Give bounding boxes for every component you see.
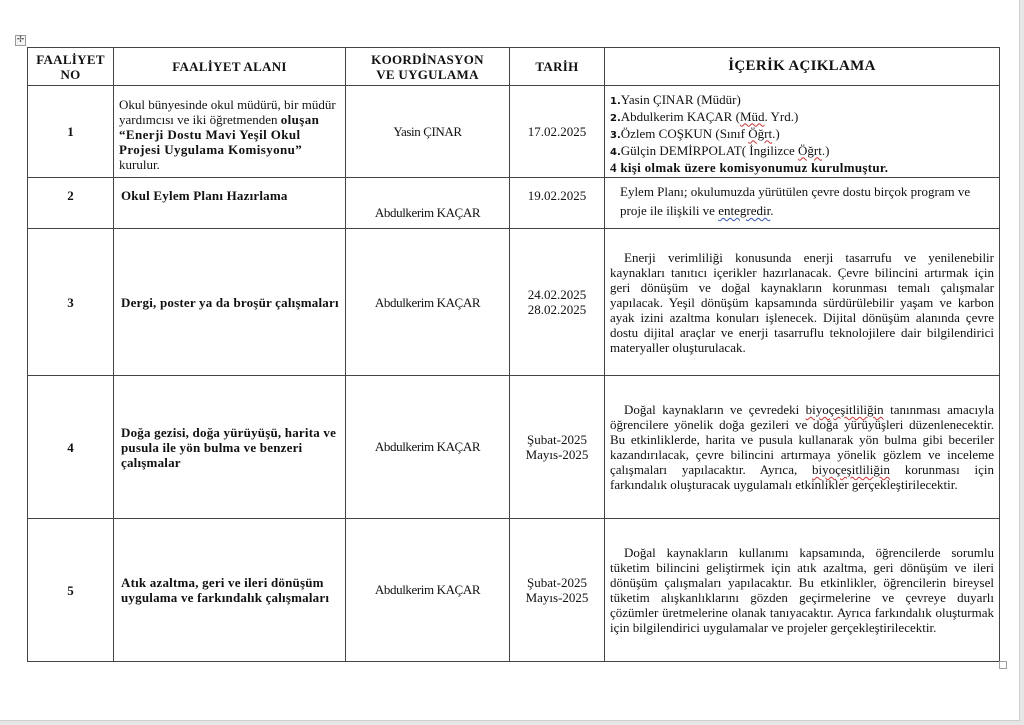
activity-date: Şubat-2025 Mayıs-2025: [510, 519, 605, 662]
list-text: Gülçin DEMİRPOLAT( İngilizce: [621, 143, 798, 158]
activity-area: Doğa gezisi, doğa yürüyüşü, harita ve pu…: [114, 376, 346, 519]
table-row: 3 Dergi, poster ya da broşür çalışmaları…: [28, 229, 1000, 376]
list-text: .): [822, 143, 830, 158]
list-number: 2.: [610, 113, 621, 124]
spellcheck-flagged-word[interactable]: Öğrt: [798, 143, 822, 158]
activity-area: Dergi, poster ya da broşür çalışmaları: [114, 229, 346, 376]
list-text: .): [772, 126, 780, 141]
header-date: TARİH: [510, 48, 605, 86]
spellcheck-flagged-word[interactable]: biyoçeşitliliğin: [812, 462, 890, 477]
content-text: Eylem Planı; okulumuzda yürütülen çevre …: [620, 184, 970, 218]
content-description: Doğal kaynakların ve çevredeki biyoçeşit…: [605, 376, 1000, 519]
coordinator: Yasin ÇINAR: [346, 86, 510, 178]
header-activity-no: FAALİYET NO: [28, 48, 114, 86]
activity-area-tail: kurulur.: [119, 157, 160, 172]
table-row: 2 Okul Eylem Planı Hazırlama Abdulkerim …: [28, 178, 1000, 229]
content-text: .: [770, 203, 773, 218]
coordinator: Abdulkerim KAÇAR: [346, 376, 510, 519]
header-no-line1: FAALİYET: [36, 52, 105, 67]
date-end: Mayıs-2025: [526, 447, 589, 462]
list-number: 3.: [610, 130, 621, 141]
spellcheck-flagged-word[interactable]: Müd: [740, 109, 765, 124]
content-description: Doğal kaynakların kullanımı kapsamında, …: [605, 519, 1000, 662]
table-row: 5 Atık azaltma, geri ve ileri dönüşüm uy…: [28, 519, 1000, 662]
table-row: 1 Okul bünyesinde okul müdürü, bir müdür…: [28, 86, 1000, 178]
committee-member: 2.Abdulkerim KAÇAR (Müd. Yrd.): [610, 109, 994, 126]
spellcheck-flagged-word[interactable]: biyoçeşitliliğin: [806, 402, 884, 417]
list-text: Abdulkerim KAÇAR (: [621, 109, 740, 124]
activity-date: 24.02.2025 28.02.2025: [510, 229, 605, 376]
date-start: Şubat-2025: [527, 432, 587, 447]
header-content: İÇERİK AÇIKLAMA: [605, 48, 1000, 86]
coordinator: Abdulkerim KAÇAR: [346, 519, 510, 662]
committee-member: 4.Gülçin DEMİRPOLAT( İngilizce Öğrt.): [610, 143, 994, 160]
date-end: Mayıs-2025: [526, 590, 589, 605]
activity-area: Okul bünyesinde okul müdürü, bir müdür y…: [114, 86, 346, 178]
activity-no: 2: [28, 178, 114, 229]
table-header-row: FAALİYET NO FAALİYET ALANI KOORDİNASYON …: [28, 48, 1000, 86]
activity-date: Şubat-2025 Mayıs-2025: [510, 376, 605, 519]
list-number: 4.: [610, 147, 621, 158]
committee-summary: 4 kişi olmak üzere komisyonumuz kurulmuş…: [610, 160, 888, 175]
coordinator: Abdulkerim KAÇAR: [346, 229, 510, 376]
header-coord-line1: KOORDİNASYON: [371, 52, 484, 67]
coordinator: Abdulkerim KAÇAR: [346, 178, 510, 229]
content-description: 1.Yasin ÇINAR (Müdür) 2.Abdulkerim KAÇAR…: [605, 86, 1000, 178]
list-text: . Yrd.): [765, 109, 799, 124]
header-no-line2: NO: [60, 67, 80, 82]
activity-no: 4: [28, 376, 114, 519]
table-row: 4 Doğa gezisi, doğa yürüyüşü, harita ve …: [28, 376, 1000, 519]
activity-area: Okul Eylem Planı Hazırlama: [114, 178, 346, 229]
activity-date: 19.02.2025: [510, 178, 605, 229]
activity-area: Atık azaltma, geri ve ileri dönüşüm uygu…: [114, 519, 346, 662]
activity-no: 5: [28, 519, 114, 662]
committee-member: 3.Özlem COŞKUN (Sınıf Öğrt.): [610, 126, 994, 143]
date-start: Şubat-2025: [527, 575, 587, 590]
activity-no: 3: [28, 229, 114, 376]
date-end: 28.02.2025: [528, 302, 587, 317]
list-text: Yasin ÇINAR (Müdür): [621, 92, 741, 107]
document-page: ✢ FAALİYET NO FAALİYET ALANI KOORDİNASYO…: [0, 0, 1020, 721]
activity-date: 17.02.2025: [510, 86, 605, 178]
grammar-flagged-word[interactable]: entegredir: [718, 203, 770, 218]
content-description: Eylem Planı; okulumuzda yürütülen çevre …: [605, 178, 1000, 229]
activity-plan-table: FAALİYET NO FAALİYET ALANI KOORDİNASYON …: [27, 47, 1000, 662]
content-text: Doğal kaynakların ve çevredeki: [624, 402, 806, 417]
spellcheck-flagged-word[interactable]: Öğrt: [748, 126, 772, 141]
list-text: Özlem COŞKUN (Sınıf: [621, 126, 748, 141]
committee-member: 1.Yasin ÇINAR (Müdür): [610, 92, 994, 109]
header-activity-area: FAALİYET ALANI: [114, 48, 346, 86]
list-number: 1.: [610, 96, 621, 107]
table-resize-handle-icon[interactable]: [999, 661, 1007, 669]
table-move-handle-icon[interactable]: ✢: [15, 35, 26, 46]
activity-no: 1: [28, 86, 114, 178]
header-coord-line2: VE UYGULAMA: [376, 67, 479, 82]
content-description: Enerji verimliliği konusunda enerji tasa…: [605, 229, 1000, 376]
header-coordination: KOORDİNASYON VE UYGULAMA: [346, 48, 510, 86]
date-start: 24.02.2025: [528, 287, 587, 302]
